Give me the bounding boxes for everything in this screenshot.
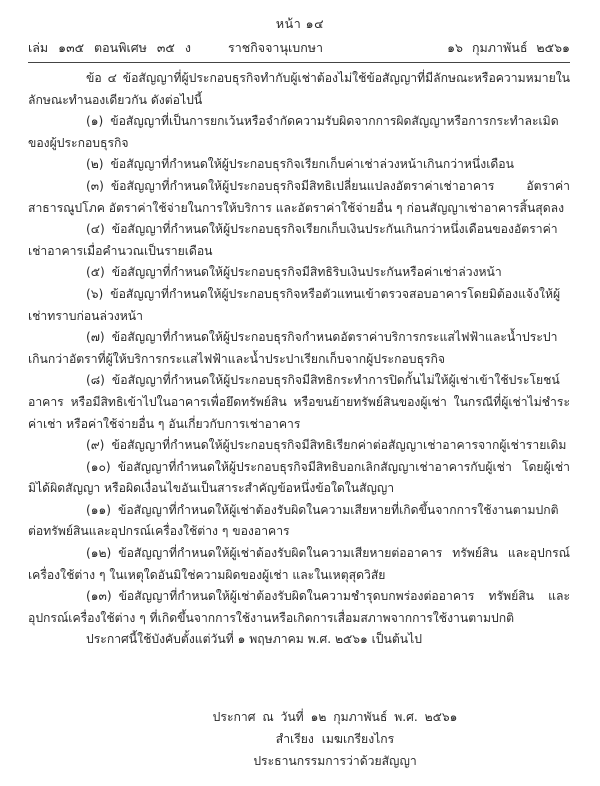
item-number: (๘) xyxy=(86,373,105,387)
item-number: (๒) xyxy=(86,157,104,171)
effective-date-statement: ประกาศนี้ใช้บังคับตั้งแต่วันที่ ๑ พฤษภาค… xyxy=(28,629,570,651)
clause-item-2: (๒)ข้อสัญญาที่กำหนดให้ผู้ประกอบธุรกิจเรี… xyxy=(28,154,570,176)
clause-item-9: (๙)ข้อสัญญาที่กำหนดให้ผู้ประกอบธุรกิจมีส… xyxy=(28,435,570,457)
clause-item-6: (๖)ข้อสัญญาที่กำหนดให้ผู้ประกอบธุรกิจหรื… xyxy=(28,284,570,327)
item-text: ข้อสัญญาที่เป็นการยกเว้นหรือจำกัดความรับ… xyxy=(28,114,559,150)
item-number: (๖) xyxy=(86,287,103,301)
header-divider xyxy=(28,62,570,63)
item-text: ข้อสัญญาที่กำหนดให้ผู้ประกอบธุรกิจมีสิทธ… xyxy=(111,438,566,452)
item-text: ข้อสัญญาที่กำหนดให้ผู้ประกอบธุรกิจเรียกเ… xyxy=(28,222,558,258)
clause-item-5: (๕)ข้อสัญญาที่กำหนดให้ผู้ประกอบธุรกิจมีส… xyxy=(28,262,570,284)
item-number: (๗) xyxy=(86,330,105,344)
item-number: (๓) xyxy=(86,179,104,193)
item-text: ข้อสัญญาที่กำหนดให้ผู้ประกอบธุรกิจมีสิทธ… xyxy=(28,179,570,215)
clause-item-11: (๑๑)ข้อสัญญาที่กำหนดให้ผู้เช่าต้องรับผิด… xyxy=(28,500,570,543)
item-text: ข้อสัญญาที่กำหนดให้ผู้ประกอบธุรกิจมีสิทธ… xyxy=(112,265,502,279)
item-number: (๔) xyxy=(86,222,105,236)
item-text: ข้อสัญญาที่กำหนดให้ผู้ประกอบธุรกิจเรียกเ… xyxy=(111,157,514,171)
publication-name: ราชกิจจานุเบกษา xyxy=(228,38,323,58)
gazette-page: หน้า ๑๔ เล่ม ๑๓๕ ตอนพิเศษ ๓๕ ง ราชกิจจาน… xyxy=(0,0,600,786)
signatory-name: สำเรียง เมฆเกรียงไกร xyxy=(0,728,600,750)
item-number: (๑๐) xyxy=(86,460,111,474)
clause-item-8: (๘)ข้อสัญญาที่กำหนดให้ผู้ประกอบธุรกิจมีส… xyxy=(28,370,570,435)
announcement-date: ประกาศ ณ วันที่ ๑๒ กุมภาพันธ์ พ.ศ. ๒๕๖๑ xyxy=(0,706,600,728)
document-body: ข้อ ๔ ข้อสัญญาที่ผู้ประกอบธุรกิจทำกับผู้… xyxy=(28,68,570,651)
clause-lead: ข้อ ๔ ข้อสัญญาที่ผู้ประกอบธุรกิจทำกับผู้… xyxy=(28,68,570,111)
signature-block: ประกาศ ณ วันที่ ๑๒ กุมภาพันธ์ พ.ศ. ๒๕๖๑ … xyxy=(0,706,600,772)
item-text: ข้อสัญญาที่กำหนดให้ผู้ประกอบธุรกิจมีสิทธ… xyxy=(28,373,570,430)
item-number: (๑๒) xyxy=(86,546,111,560)
clause-item-4: (๔)ข้อสัญญาที่กำหนดให้ผู้ประกอบธุรกิจเรี… xyxy=(28,219,570,262)
volume-issue: เล่ม ๑๓๕ ตอนพิเศษ ๓๕ ง xyxy=(28,38,191,58)
clause-item-13: (๑๓)ข้อสัญญาที่กำหนดให้ผู้เช่าต้องรับผิด… xyxy=(28,586,570,629)
item-text: ข้อสัญญาที่กำหนดให้ผู้ประกอบธุรกิจกำหนดอ… xyxy=(28,330,557,366)
item-number: (๑๑) xyxy=(86,503,111,517)
gazette-header: เล่ม ๑๓๕ ตอนพิเศษ ๓๕ ง ราชกิจจานุเบกษา ๑… xyxy=(28,38,570,58)
item-number: (๕) xyxy=(86,265,105,279)
clause-item-3: (๓)ข้อสัญญาที่กำหนดให้ผู้ประกอบธุรกิจมีส… xyxy=(28,176,570,219)
item-number: (๙) xyxy=(86,438,104,452)
clause-item-7: (๗)ข้อสัญญาที่กำหนดให้ผู้ประกอบธุรกิจกำห… xyxy=(28,327,570,370)
clause-item-12: (๑๒)ข้อสัญญาที่กำหนดให้ผู้เช่าต้องรับผิด… xyxy=(28,543,570,586)
item-text: ข้อสัญญาที่กำหนดให้ผู้ประกอบธุรกิจหรือตั… xyxy=(28,287,560,323)
clause-item-10: (๑๐)ข้อสัญญาที่กำหนดให้ผู้ประกอบธุรกิจมี… xyxy=(28,457,570,500)
item-number: (๑๓) xyxy=(86,589,112,603)
publication-date: ๑๖ กุมภาพันธ์ ๒๕๖๑ xyxy=(447,38,570,58)
page-number: หน้า ๑๔ xyxy=(0,14,600,34)
signatory-title: ประธานกรรมการว่าด้วยสัญญา xyxy=(0,750,600,772)
item-number: (๑) xyxy=(86,114,103,128)
clause-item-1: (๑)ข้อสัญญาที่เป็นการยกเว้นหรือจำกัดความ… xyxy=(28,111,570,154)
